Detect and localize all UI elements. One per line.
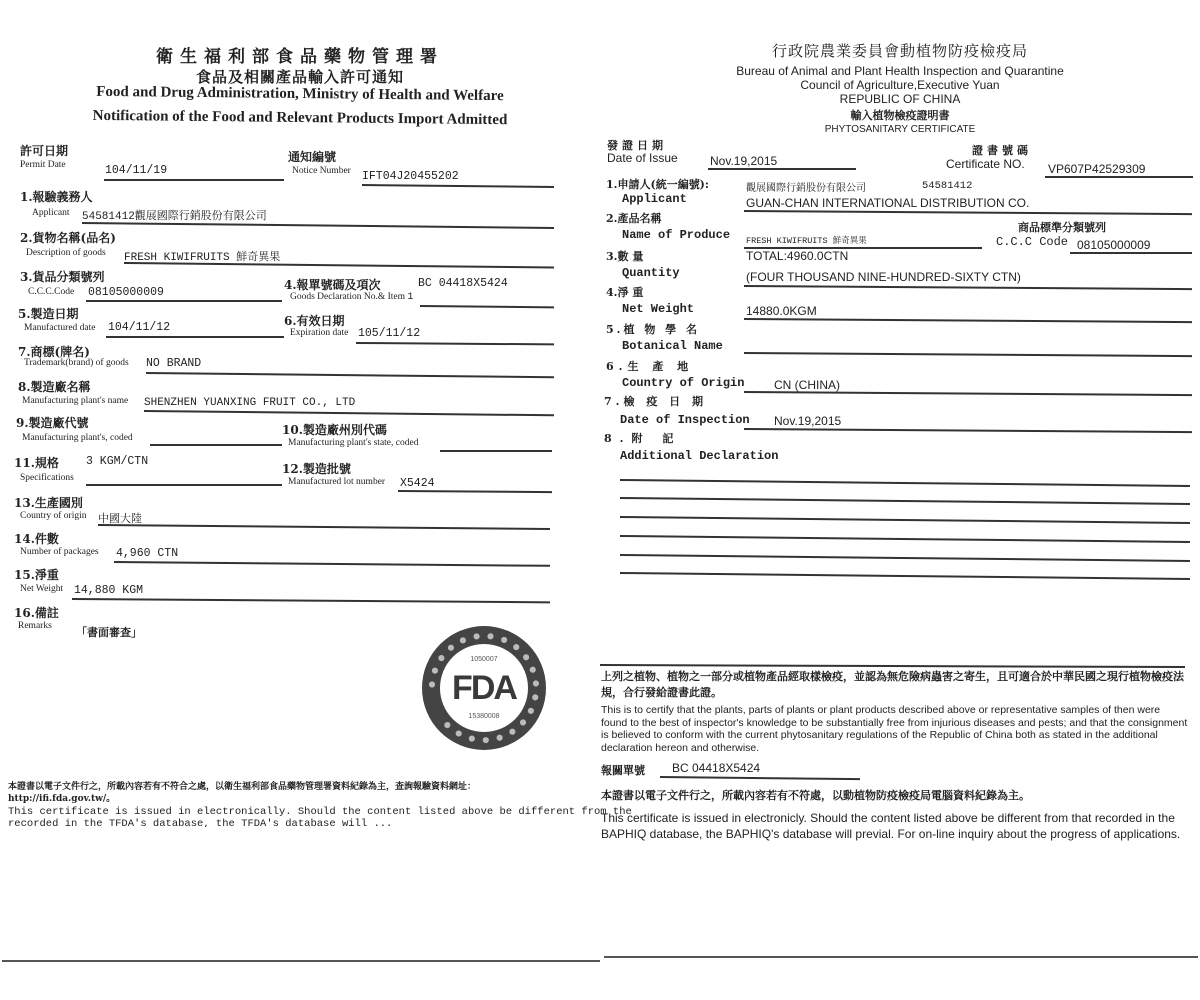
phyto-ccc-label-zh: 商品標準分類號列	[1018, 219, 1106, 235]
goods-declaration-item: 1	[407, 292, 413, 303]
phyto-bottom-border	[604, 956, 1198, 958]
phyto-applicant-value-zh: 觀展國際行銷股份有限公司	[746, 179, 866, 194]
phyto-net-weight-value: 14880.0KGM	[746, 304, 817, 318]
permit-date-label-zh: 許可日期	[20, 142, 68, 159]
notice-number-label-zh: 通知編號	[288, 148, 336, 165]
issue-date-label-en: Date of Issue	[607, 151, 678, 165]
botanical-name-label-en: Botanical Name	[622, 339, 723, 353]
fda-bottom-border	[2, 960, 600, 962]
net-weight-value: 14,880 KGM	[74, 584, 143, 597]
manufactured-date-value: 104/11/12	[108, 321, 170, 334]
phyto-origin-label-en: Country of Origin	[622, 376, 744, 390]
baphiq-agency-en: Bureau of Animal and Plant Health Inspec…	[600, 64, 1200, 78]
phyto-net-weight-label-en: Net Weight	[622, 302, 694, 316]
permit-date-label-en: Permit Date	[20, 160, 66, 170]
phyto-applicant-id: 54581412	[922, 180, 972, 192]
certification-zh: 上列之植物、植物之一部分或植物產品經取樣檢疫，並認為無危險病蟲害之寄生，且可適合…	[601, 669, 1191, 701]
ccc-code-label-zh: 貨品分類號列	[33, 270, 105, 284]
phyto-footer-zh: 本證書以電子文件行之，所載內容若有不符處，以動植物防疫檢疫局電腦資料紀錄為主。	[601, 787, 1030, 803]
applicant-label-en: Applicant	[32, 208, 69, 218]
packages-label-zh: 件數	[35, 532, 59, 546]
ccc-code-label-en: C.C.C.Code	[28, 287, 74, 297]
stamp-number-bottom: 15380008	[440, 713, 528, 720]
phyto-ccc-label-en: C.C.C Code	[996, 235, 1068, 249]
phyto-footer-en: This certificate is issued in electronic…	[601, 810, 1186, 842]
remarks-value: 「書面審查」	[76, 624, 142, 640]
phyto-applicant-label-en: Applicant	[622, 192, 687, 206]
produce-label-zh: 2.產品名稱	[606, 210, 661, 226]
lot-number-label-en: Manufactured lot number	[288, 477, 385, 487]
applicant-label-zh: 報驗義務人	[33, 190, 93, 204]
specifications-value: 3 KGM/CTN	[86, 455, 148, 468]
plant-name-label-en: Manufacturing plant's name	[22, 396, 128, 406]
plant-name-label-zh: 製造廠名稱	[31, 380, 91, 394]
phyto-origin-label-zh: 6.生 產 地	[606, 358, 693, 374]
baphiq-agency-zh: 行政院農業委員會動植物防疫檢疫局	[600, 40, 1200, 61]
produce-value: FRESH KIWIFRUITS 鮮奇異果	[746, 234, 867, 246]
specifications-label-zh: 規格	[35, 456, 59, 470]
baphiq-country: REPUBLIC OF CHINA	[600, 92, 1200, 106]
expiration-date-value: 105/11/12	[358, 327, 420, 340]
quantity-label-zh: 3.數 量	[606, 248, 643, 264]
quantity-label-en: Quantity	[622, 266, 680, 280]
description-label-zh: 貨物名稱(品名)	[33, 231, 116, 245]
lot-number-value: X5424	[400, 477, 435, 490]
certificate-no-value: VP607P42529309	[1048, 162, 1145, 176]
notice-number-value: IFT04J20455202	[362, 170, 459, 183]
goods-declaration-label-zh: 報單號碼及項次	[297, 278, 381, 292]
net-weight-label-zh: 淨重	[35, 568, 59, 582]
customs-declaration-label: 報關單號	[601, 762, 645, 778]
net-weight-label-en: Net Weight	[20, 584, 63, 594]
plant-state-label-en: Manufacturing plant's state, coded	[288, 438, 418, 448]
additional-declaration-label-zh: 8.附 記	[604, 430, 681, 446]
certificate-no-label-zh: 證書號碼	[972, 142, 1032, 158]
quantity-value-2: (FOUR THOUSAND NINE-HUNDRED-SIXTY CTN)	[746, 270, 1021, 284]
phyto-applicant-value-en: GUAN-CHAN INTERNATIONAL DISTRIBUTION CO.	[746, 196, 1029, 210]
specifications-label-en: Specifications	[20, 473, 74, 483]
phyto-net-weight-label-zh: 4.淨 重	[606, 284, 643, 300]
certificate-no-label-en: Certificate NO.	[946, 157, 1025, 171]
stamp-fda-text: FDA	[452, 669, 516, 708]
quantity-value-1: TOTAL:4960.0CTN	[746, 249, 848, 263]
stamp-number-top: 1050007	[440, 656, 528, 663]
additional-declaration-label-en: Additional Declaration	[620, 449, 778, 463]
description-label-en: Description of goods	[26, 248, 106, 258]
expiration-date-label-zh: 有效日期	[297, 314, 345, 328]
customs-declaration-value: BC 04418X5424	[672, 761, 760, 775]
goods-declaration-value: BC 04418X5424	[418, 277, 508, 290]
manufactured-date-label-zh: 製造日期	[31, 307, 79, 321]
expiration-date-label-en: Expiration date	[290, 328, 348, 338]
certificate-title-zh: 輸入植物檢疫證明書	[600, 107, 1200, 123]
goods-declaration-label-en: Goods Declaration No.& Item	[290, 292, 405, 302]
applicant-value: 54581412觀展國際行銷股份有限公司	[82, 207, 267, 223]
fda-footer-en-2: recorded in the TFDA's database, the TFD…	[8, 818, 392, 827]
plant-code-label-en: Manufacturing plant's, coded	[22, 433, 133, 443]
issue-date-value: Nov.19,2015	[710, 154, 777, 168]
trademark-label-en: Trademark(brand) of goods	[24, 358, 129, 368]
packages-label-en: Number of packages	[20, 547, 99, 557]
permit-date-value: 104/11/19	[105, 164, 167, 177]
fda-footer-zh: 本證書以電子文件行之，所載內容若有不符合之處，以衛生福利部食品藥物管理署資料紀錄…	[8, 781, 548, 805]
phyto-applicant-label-zh: 1.申請人(統一編號):	[606, 176, 709, 192]
phyto-ccc-value: 08105000009	[1077, 238, 1150, 252]
country-origin-label-zh: 生產國別	[35, 496, 83, 510]
certification-divider	[600, 664, 1185, 668]
botanical-name-label-zh: 5.植 物 學 名	[606, 321, 700, 337]
notice-number-label-en: Notice Number	[292, 166, 351, 176]
phyto-origin-value: CN (CHINA)	[774, 378, 840, 392]
fda-title-en: Notification of the Food and Relevant Pr…	[0, 107, 600, 130]
inspection-date-label-zh: 7.檢 疫 日 期	[604, 393, 707, 409]
certification-en: This is to certify that the plants, part…	[601, 704, 1189, 754]
lot-number-label-zh: 製造批號	[303, 462, 351, 476]
fda-footer-en-1: This certificate is issued in electronic…	[8, 806, 632, 818]
country-origin-label-en: Country of origin	[20, 511, 87, 521]
produce-label-en: Name of Produce	[622, 228, 730, 242]
remarks-label-zh: 備註	[35, 606, 59, 620]
plant-code-label-zh: 製造廠代號	[29, 416, 89, 430]
trademark-value: NO BRAND	[146, 357, 201, 370]
inspection-date-label-en: Date of Inspection	[620, 413, 750, 427]
remarks-label-en: Remarks	[18, 621, 52, 631]
manufactured-date-label-en: Manufactured date	[24, 323, 95, 333]
ccc-code-value: 08105000009	[88, 286, 164, 299]
baphiq-council-en: Council of Agriculture,Executive Yuan	[600, 78, 1200, 92]
fda-seal-icon: ● ● ● ● ● ● ● ● ● ● ● ● ● ● ● ● ● ● ● ● …	[422, 626, 546, 750]
plant-name-value: SHENZHEN YUANXING FRUIT CO., LTD	[144, 397, 355, 409]
plant-state-label-zh: 製造廠州別代碼	[303, 423, 387, 437]
inspection-date-value: Nov.19,2015	[774, 414, 841, 428]
certificate-title-en: PHYTOSANITARY CERTIFICATE	[600, 124, 1200, 135]
fda-agency-zh: 衛生福利部食品藥物管理署	[0, 42, 600, 67]
trademark-label-zh: 商標(牌名)	[31, 345, 90, 359]
packages-value: 4,960 CTN	[116, 547, 178, 560]
